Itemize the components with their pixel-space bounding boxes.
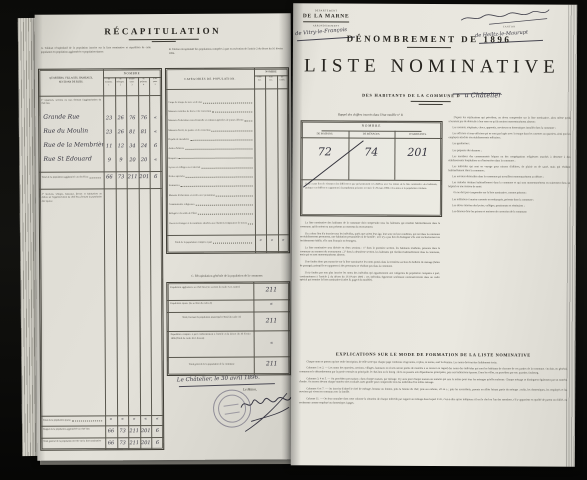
- subtitle-line: DES HABITANTS DE LA COMMUNE D u Châtelie…: [293, 83, 571, 102]
- cell-value: «: [150, 129, 162, 135]
- explication-paragraph: Colonne 11. — On fera connaître dans cet…: [299, 397, 567, 406]
- table-a-section2-label: 2° Sections, villages, hameaux, fermes e…: [42, 192, 102, 202]
- date-underline: [179, 383, 275, 387]
- recap-row-value: «: [253, 301, 289, 307]
- table-a-stub-header: QUARTIERS, VILLAGES, HAMEAUX, SECTIONS D…: [40, 76, 102, 84]
- instruction-item: Les gendarmes ;: [448, 142, 570, 146]
- cell-value: «: [150, 157, 162, 163]
- instruction-paragraph: La liste nominative sera divisée en deux…: [300, 246, 440, 258]
- total-value: «: [105, 417, 117, 422]
- table-b-col-header: Fem- mes.: [265, 76, 276, 82]
- total-value: 211: [128, 428, 140, 434]
- right-page: DÉPARTEMENT DE LA MARNE ARRONDISSEMENT d…: [291, 3, 577, 466]
- liste-nominative-title: LISTE NOMINATIVE: [293, 55, 571, 78]
- instruction-item: Les commis, employés, clercs, apprentis,…: [449, 126, 571, 130]
- cell-value: 81: [127, 129, 139, 135]
- total-value: 201: [138, 174, 150, 180]
- total-eparse-label: Total de la population éparse: [43, 418, 103, 422]
- cell-value: 24: [138, 143, 150, 149]
- explication-paragraph: Colonnes 6 et 7. — On inscrira d'abord l…: [299, 387, 567, 396]
- cell-value: 23: [103, 129, 115, 135]
- recall-caption: Rappel des chiffres inscrits dans l'état…: [301, 112, 441, 117]
- recap-row-label: Population comptée à part conformément à…: [171, 332, 251, 339]
- title-rule-2: [152, 41, 176, 42]
- table-a-nombre: NOMBRE: [103, 71, 161, 75]
- recap-row-value: 211: [253, 286, 289, 293]
- instruction-item: Les malades résidant habituellement dans…: [448, 181, 570, 189]
- street-name: Rue de la Membrière: [43, 141, 103, 148]
- table-a-col-header: d'habi- tants. 3: [126, 78, 138, 87]
- cell-value: 81: [138, 129, 150, 135]
- total-value: «: [117, 417, 129, 422]
- category-row: Ouvriers étrangers à la commune attachés…: [169, 215, 254, 225]
- denombrement-title: DÉNOMBREMENT DE 1896: [293, 33, 565, 44]
- instruction-item: Les préposés des douanes ;: [448, 149, 570, 153]
- recall-note: Il n'y a pas lieu de s'étonner des diffé…: [305, 182, 437, 190]
- department-name: DE LA MARNE: [295, 13, 357, 19]
- total-value: 73: [117, 428, 129, 434]
- instruction-paragraph: La liste nominative des habitants de la …: [300, 221, 440, 229]
- instruction-paragraph: Il ne faudra donc pas transcrire sur la …: [300, 261, 440, 269]
- scanned-register-photo: RÉCAPITULATION A. Tableau récapitulatif …: [0, 0, 587, 480]
- note-a: A. Tableau récapitulatif de la populatio…: [41, 46, 151, 54]
- table-a-col-header: d'ab- sents. 5: [149, 78, 161, 87]
- total-agglomeree-label: Total de la population agglomérée au che…: [42, 175, 102, 179]
- canton-label: CANTON: [489, 26, 529, 28]
- street-name: Rue St Édouard: [44, 155, 104, 162]
- section-c-table: Population agglomérée au chef-lieu (1re …: [166, 281, 291, 376]
- table-a-col-header: de présents. 4: [138, 78, 150, 87]
- instruction-item: Les officiers et sous-officiers qui ne s…: [448, 132, 570, 140]
- cell-value: 34: [127, 143, 139, 149]
- category-row: Communautés religieuses: [169, 197, 254, 207]
- mayor-signature: [237, 391, 295, 433]
- category-row: Dépôts de mendicité: [168, 132, 253, 142]
- cell-value: 26: [115, 115, 127, 121]
- total-general-label: Total général de la population inscrite …: [43, 439, 103, 443]
- cell-value: 20: [138, 157, 150, 163]
- table-b-categories: CATÉGORIES DE POPULATION. NOMBRE Hom- me…: [165, 67, 290, 254]
- subtitle-rule-2: [419, 103, 443, 104]
- explication-paragraph: Colonnes 1 et 2. — Les noms des quartier…: [299, 367, 567, 376]
- cell-value: 12: [115, 143, 127, 149]
- recall-col-header: DE MÉNAGES.: [348, 133, 395, 136]
- total-value: 66: [105, 428, 117, 434]
- cell-value: 20: [127, 157, 139, 163]
- category-row: Maisons centrales de force et de correct…: [168, 104, 253, 114]
- total-value: «: [151, 417, 163, 422]
- table-b-col-header: En- semble.: [277, 76, 288, 82]
- cell-value: 6: [150, 143, 162, 149]
- total-value: 211: [128, 440, 140, 446]
- category-row: Maisons d'éducation correctionnelle et c…: [168, 113, 253, 123]
- recall-nombre: NOMBRE: [302, 123, 442, 128]
- instruction-item: Les élèves internes des lycées, collèges…: [448, 204, 570, 208]
- category-row: Séminaires: [169, 178, 254, 188]
- corner-handwritten-scribble: [459, 6, 551, 26]
- street-name: Rue du Moulin: [43, 127, 103, 134]
- total-value: 6: [152, 428, 164, 434]
- category-row: Corps de troupe de terre et de mer: [168, 94, 253, 104]
- category-row: Maisons d'éducation et écoles avec pensi…: [169, 187, 254, 197]
- table-a-quartiers: QUARTIERS, VILLAGES, HAMEAUX, SECTIONS D…: [38, 68, 164, 451]
- section-c-heading: C. Récapitulation générale de la populat…: [162, 273, 292, 278]
- instruction-paragraph: Il y a donc lieu d'y inscrire tous les i…: [300, 232, 440, 244]
- department-rule: [303, 21, 349, 22]
- recap-row-label: Total, formant la population municipale …: [173, 315, 249, 319]
- cell-value: 9: [104, 157, 116, 163]
- cell-value: 23: [103, 115, 115, 121]
- cell-value: 11: [103, 143, 115, 149]
- recap-row-value: 211: [254, 360, 290, 367]
- cell-value: 76: [138, 115, 150, 121]
- recap-row-label: Population éparse (2e section du cadre A…: [170, 301, 250, 305]
- subtitle-printed: DES HABITANTS DE LA COMMUNE D: [362, 93, 460, 99]
- recap-title: RÉCAPITULATION: [35, 25, 291, 37]
- table-a-section1-label: 1° Quartiers, sections ou rues formant l…: [41, 98, 101, 105]
- total-value: «: [255, 238, 266, 243]
- explication-paragraph: Colonnes 3, 4 et 5. — On procédera par m…: [299, 377, 567, 386]
- instruction-item: Les ouvriers domiciliés dans la commune …: [448, 175, 570, 179]
- total-value: 201: [140, 440, 152, 446]
- table-a-col-header: de ménages. 2: [115, 78, 127, 87]
- total-value: 211: [127, 174, 139, 180]
- category-row: Hospices: [168, 150, 253, 160]
- instruction-item: Les membres des communautés laïques ou d…: [448, 155, 570, 163]
- total-value: 201: [140, 428, 152, 434]
- table-b-total-label: Total de la population comptée à part: [175, 240, 253, 244]
- recall-col-header: D'HABITANTS.: [395, 133, 442, 136]
- category-row: Écoles spéciales: [169, 169, 254, 179]
- subtitle-rule: [411, 101, 451, 102]
- table-a-col-header: de maisons. 1: [103, 78, 115, 87]
- cell-value: 26: [115, 129, 127, 135]
- left-page: RÉCAPITULATION A. Tableau récapitulatif …: [35, 13, 294, 461]
- recall-table: NOMBRE DE MAISONS. DE MÉNAGES. D'HABITAN…: [300, 120, 443, 217]
- total-value: 6: [152, 440, 164, 446]
- instruction-item: Les détenus dans les prisons et maisons …: [448, 210, 570, 214]
- cell-value: 76: [126, 115, 138, 121]
- instruction-intro: D'après les explications qui précèdent, …: [449, 116, 571, 124]
- instruction-mid: On ne doit pas comprendre sur la liste n…: [448, 192, 570, 196]
- explications-heading: EXPLICATIONS SUR LE MODE DE FORMATION DE…: [291, 351, 575, 357]
- note-b: B. Tableau récapitulatif des populations…: [169, 47, 283, 55]
- street-name: Grande Rue: [43, 113, 103, 120]
- denombrement-rule: [407, 47, 451, 48]
- recap-row-label: Population agglomérée au chef-lieu (1re …: [170, 285, 250, 289]
- total-value: «: [140, 417, 152, 422]
- recap-row-value: «: [254, 340, 290, 346]
- total-value: 66: [105, 440, 117, 446]
- total-value: 73: [117, 440, 129, 446]
- title-rule: [129, 38, 199, 39]
- recall-col-header: DE MAISONS.: [302, 132, 349, 135]
- recall-value: 201: [395, 146, 442, 159]
- instruction-item: Les militaires et marins casernés ou emb…: [448, 198, 570, 202]
- total-value: «: [278, 238, 289, 243]
- table-b-nombre: NOMBRE: [254, 70, 288, 73]
- rappel-label: Rappel de la population agglomérée au ch…: [43, 427, 103, 431]
- total-value: 6: [150, 174, 162, 180]
- category-row: Asiles d'aliénés: [168, 141, 253, 151]
- total-value: «: [266, 238, 277, 243]
- recap-row-label: Total général de la population de la com…: [174, 362, 250, 366]
- explication-paragraph: Chaque nom ne portera qu'une seule inscr…: [299, 360, 567, 365]
- total-value: «: [128, 417, 140, 422]
- total-value: 73: [115, 174, 127, 180]
- category-row: Réfugiés à la solde de l'État: [169, 206, 254, 216]
- recap-row-value: 211: [253, 317, 289, 324]
- cell-value: 9: [115, 157, 127, 163]
- cell-value: «: [150, 115, 162, 121]
- instruction-item: Les individus qui sont en voyage pour ra…: [448, 165, 570, 173]
- category-row: Maisons d'arrêt, de justice et de correc…: [168, 122, 253, 132]
- category-row: Lycées et collèges avec internat: [169, 160, 254, 170]
- total-value: 66: [104, 174, 116, 180]
- instruction-paragraph: Il n'y faudra pas non plus inscrire les …: [300, 271, 440, 283]
- table-b-col-header: Hom- mes.: [254, 76, 265, 82]
- table-b-header: CATÉGORIES DE POPULATION.: [166, 76, 254, 81]
